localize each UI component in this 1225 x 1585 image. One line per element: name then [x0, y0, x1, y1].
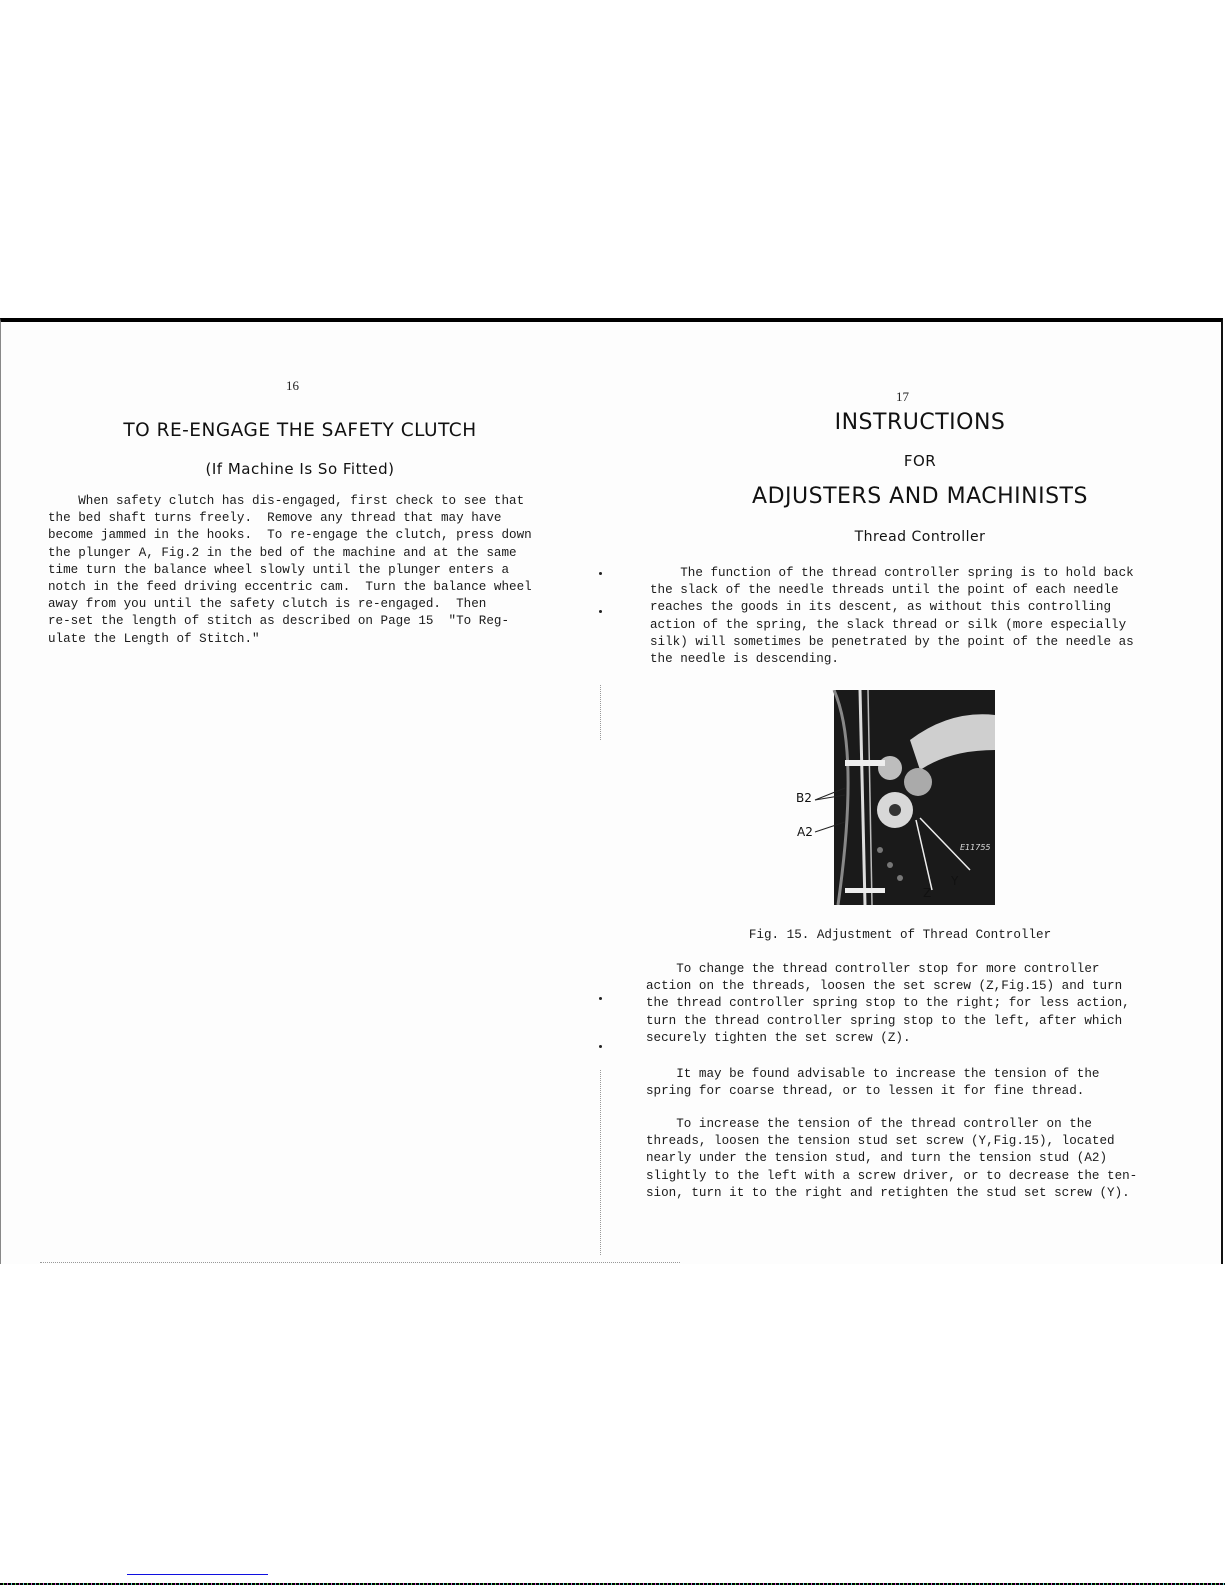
- text-line: the thread controller spring stop to the…: [646, 995, 1130, 1012]
- text-line: nearly under the tension stud, and turn …: [646, 1150, 1137, 1167]
- right-title-line3: ADJUSTERS AND MACHINISTS: [640, 484, 1200, 509]
- gutter-mark: [599, 997, 602, 1000]
- page-number-right: 17: [896, 389, 909, 405]
- text-line: threads, loosen the tension stud set scr…: [646, 1133, 1137, 1150]
- text-line: spring for coarse thread, or to lessen i…: [646, 1083, 1099, 1100]
- page-gutter: [599, 540, 601, 1260]
- gutter-mark: [599, 610, 602, 613]
- text-line: the needle is descending.: [650, 651, 1134, 668]
- text-line: action of the spring, the slack thread o…: [650, 617, 1134, 634]
- text-line: The function of the thread controller sp…: [650, 565, 1134, 582]
- text-line: the bed shaft turns freely. Remove any t…: [48, 510, 532, 527]
- link-underline[interactable]: [127, 1574, 268, 1575]
- text-line: ulate the Length of Stitch.": [48, 631, 532, 648]
- text-line: securely tighten the set screw (Z).: [646, 1030, 1130, 1047]
- text-line: slightly to the left with a screw driver…: [646, 1168, 1137, 1185]
- scan-edge: [40, 1262, 680, 1264]
- text-line: away from you until the safety clutch is…: [48, 596, 532, 613]
- left-page-paragraph: When safety clutch has dis-engaged, firs…: [48, 493, 532, 648]
- text-line: notch in the feed driving eccentric cam.…: [48, 579, 532, 596]
- gutter-mark: [599, 572, 602, 575]
- text-line: re-set the length of stitch as described…: [48, 613, 532, 630]
- section-heading: Thread Controller: [640, 529, 1200, 545]
- text-line: To change the thread controller stop for…: [646, 961, 1130, 978]
- gutter-mark: [599, 1045, 602, 1048]
- label-b2: B2: [796, 791, 812, 805]
- page-number-left: 16: [286, 378, 299, 394]
- controller-stop-paragraph: To change the thread controller stop for…: [646, 961, 1130, 1047]
- text-line: reaches the goods in its descent, as wit…: [650, 599, 1134, 616]
- text-line: become jammed in the hooks. To re-engage…: [48, 527, 532, 544]
- label-y: Y: [951, 874, 958, 888]
- text-line: sion, turn it to the right and retighten…: [646, 1185, 1137, 1202]
- text-line: action on the threads, loosen the set sc…: [646, 978, 1130, 995]
- gutter-dash: [600, 685, 602, 740]
- left-page-title: TO RE-ENGAGE THE SAFETY CLUTCH: [40, 420, 560, 441]
- label-z: Z: [923, 886, 931, 900]
- right-title-line1: INSTRUCTIONS: [640, 410, 1200, 435]
- left-page-subtitle: (If Machine Is So Fitted): [40, 460, 560, 478]
- text-line: turn the thread controller spring stop t…: [646, 1013, 1130, 1030]
- spring-tension-paragraph: It may be found advisable to increase th…: [646, 1066, 1099, 1100]
- label-a2: A2: [797, 825, 813, 839]
- text-line: When safety clutch has dis-engaged, firs…: [48, 493, 532, 510]
- tension-stud-paragraph: To increase the tension of the thread co…: [646, 1116, 1137, 1202]
- thread-controller-paragraph: The function of the thread controller sp…: [650, 565, 1134, 668]
- figure-caption: Fig. 15. Adjustment of Thread Controller: [640, 928, 1160, 942]
- gutter-dash: [600, 1070, 602, 1255]
- text-line: To increase the tension of the thread co…: [646, 1116, 1137, 1133]
- right-title-line2: FOR: [640, 452, 1200, 470]
- plate-code: E11755: [960, 843, 991, 852]
- text-line: It may be found advisable to increase th…: [646, 1066, 1099, 1083]
- text-line: silk) will sometimes be penetrated by th…: [650, 634, 1134, 651]
- text-line: the slack of the needle threads until th…: [650, 582, 1134, 599]
- text-line: the plunger A, Fig.2 in the bed of the m…: [48, 545, 532, 562]
- text-line: time turn the balance wheel slowly until…: [48, 562, 532, 579]
